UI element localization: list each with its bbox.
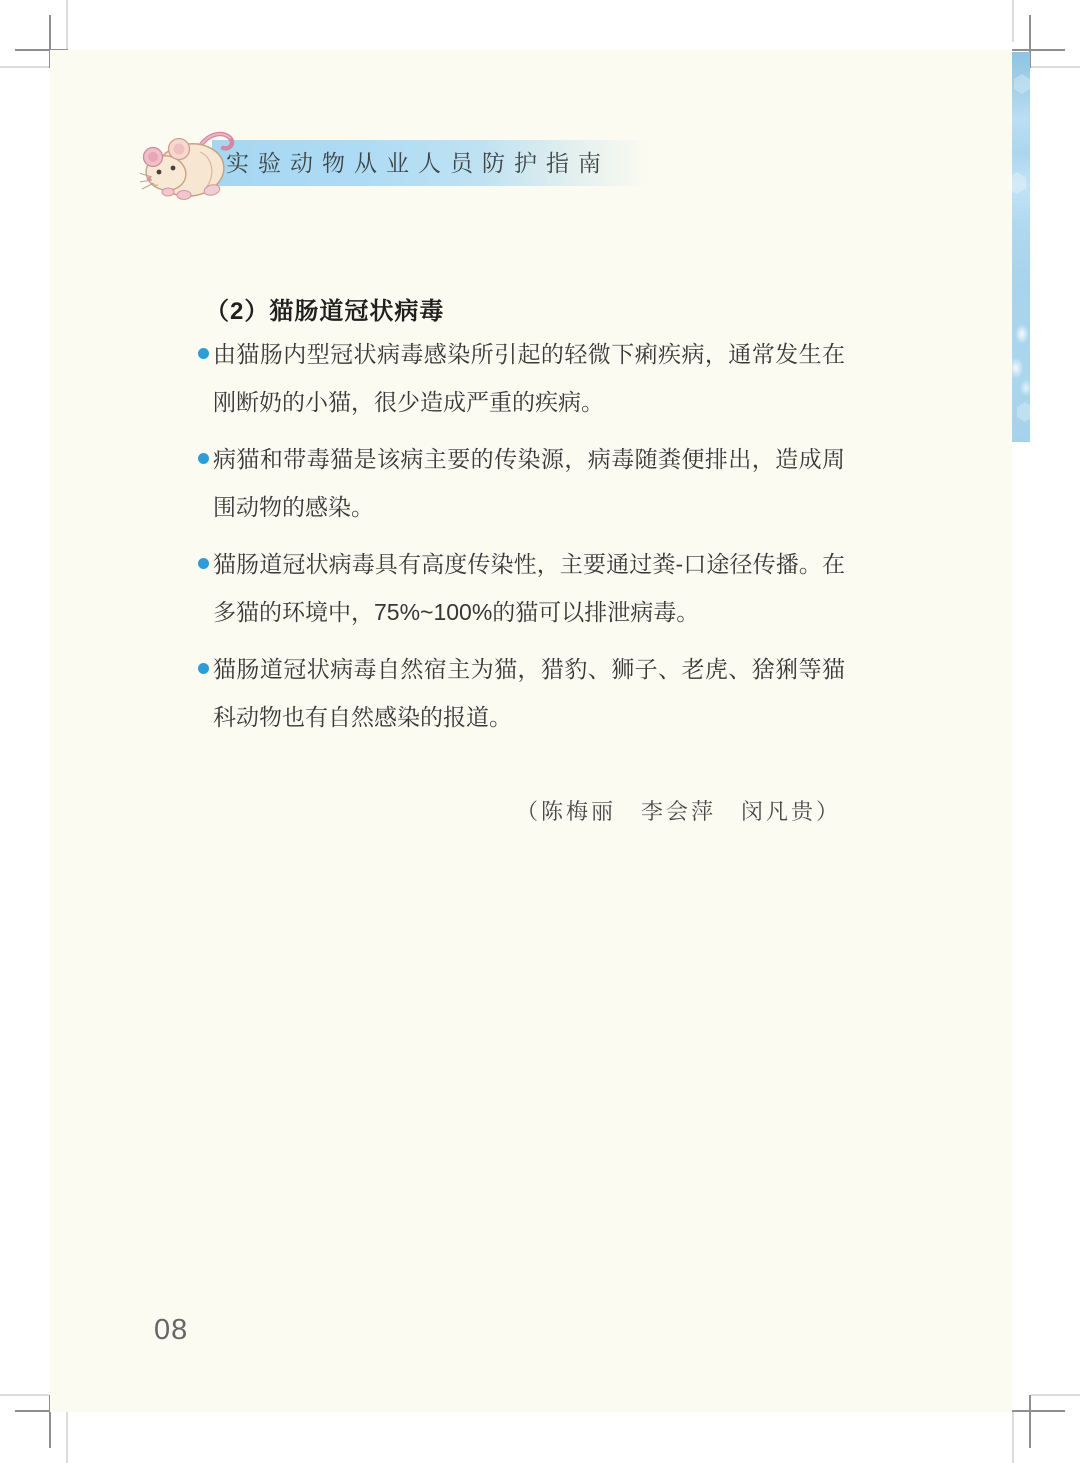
- crop-mark: [1031, 1394, 1080, 1396]
- hexagon-decoration: [1017, 402, 1033, 422]
- bullet-dot-icon: [198, 663, 209, 674]
- bullet-item: 猫肠道冠状病毒自然宿主为猫，猎豹、狮子、老虎、猞猁等猫科动物也有自然感染的报道。: [213, 645, 845, 741]
- decorative-strip: [1012, 52, 1030, 442]
- bullet-dot-icon: [198, 348, 209, 359]
- bullet-text: 病猫和带毒猫是该病主要的传染源，病毒随粪便排出，造成周围动物的感染。: [213, 435, 845, 531]
- crop-mark: [1012, 49, 1065, 51]
- section-heading: （2）猫肠道冠状病毒: [205, 291, 444, 326]
- crop-mark: [1031, 66, 1080, 68]
- bullet-item: 病猫和带毒猫是该病主要的传染源，病毒随粪便排出，造成周围动物的感染。: [213, 435, 845, 531]
- bullet-text: 由猫肠内型冠状病毒感染所引起的轻微下痢疾病，通常发生在刚断奶的小猫，很少造成严重…: [213, 330, 845, 426]
- bullet-item: 由猫肠内型冠状病毒感染所引起的轻微下痢疾病，通常发生在刚断奶的小猫，很少造成严重…: [213, 330, 845, 426]
- crop-mark: [1012, 1412, 1014, 1463]
- bullet-text: 猫肠道冠状病毒自然宿主为猫，猎豹、狮子、老虎、猞猁等猫科动物也有自然感染的报道。: [213, 645, 845, 741]
- crop-mark: [66, 1412, 68, 1463]
- crop-mark: [1029, 1395, 1031, 1448]
- bullet-dot-icon: [198, 558, 209, 569]
- crop-mark: [66, 0, 68, 49]
- hexagon-decoration: [1014, 74, 1030, 94]
- bullet-dot-icon: [198, 453, 209, 464]
- bullet-list: 由猫肠内型冠状病毒感染所引起的轻微下痢疾病，通常发生在刚断奶的小猫，很少造成严重…: [213, 330, 845, 750]
- mouse-icon: [140, 122, 238, 204]
- document-canvas: 实验动物从业人员防护指南 （2）猫肠道冠状病毒 由猫肠内型: [0, 0, 1080, 1463]
- bullet-text: 猫肠道冠状病毒具有高度传染性，主要通过粪-口途径传播。在多猫的环境中，75%~1…: [213, 540, 845, 636]
- authors-line: （陈梅丽 李会萍 闵凡贵）: [213, 795, 841, 826]
- crop-mark: [0, 1394, 49, 1396]
- header-title: 实验动物从业人员防护指南: [226, 151, 610, 175]
- crop-mark: [1012, 0, 1014, 42]
- crop-mark: [0, 66, 49, 68]
- bullet-item: 猫肠道冠状病毒具有高度传染性，主要通过粪-口途径传播。在多猫的环境中，75%~1…: [213, 540, 845, 636]
- crop-mark: [1012, 1410, 1065, 1412]
- page-number: 08: [154, 1314, 188, 1347]
